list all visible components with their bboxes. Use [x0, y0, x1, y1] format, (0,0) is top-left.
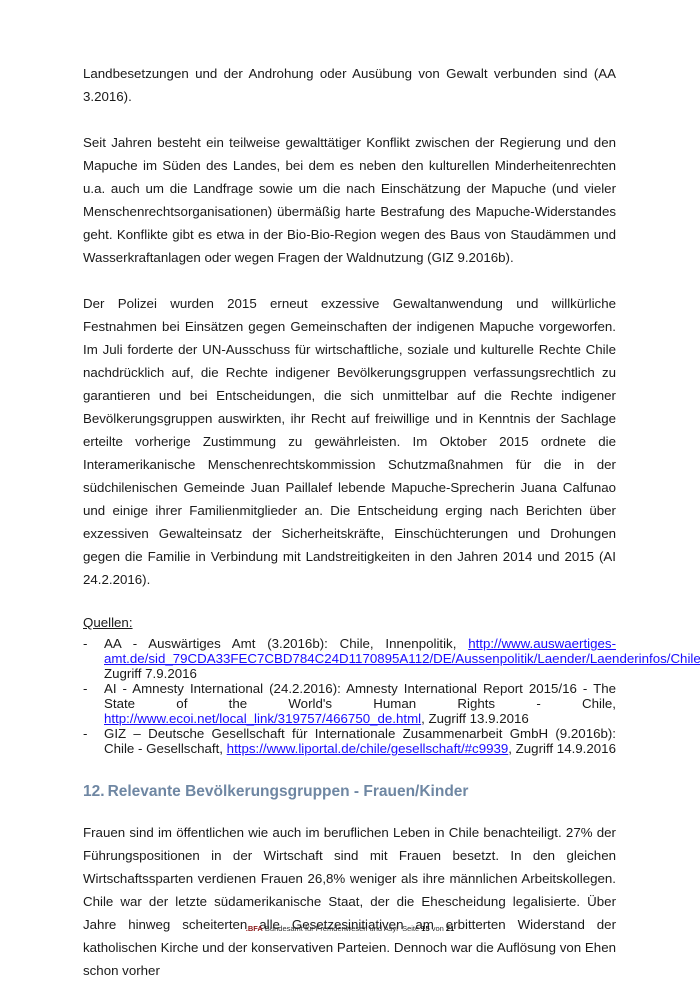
source-text: AA - Auswärtiges Amt (3.2016b): Chile, I… [104, 636, 468, 651]
footer-page-total: 21 [446, 924, 454, 933]
footer-page-label: Seite [402, 924, 419, 933]
source-text: AI - Amnesty International (24.2.2016): … [104, 681, 616, 711]
paragraph-police-violence: Der Polizei wurden 2015 erneut exzessive… [83, 292, 616, 591]
bullet-dash: - [83, 681, 87, 696]
footer-org: Bundesamt für Fremdenwesen und Asyl [265, 924, 398, 933]
source-item: - GIZ – Deutsche Gesellschaft für Intern… [83, 726, 616, 756]
paragraph-women: Frauen sind im öffentlichen wie auch im … [83, 821, 616, 982]
section-heading: 12.Relevante Bevölkerungsgruppen - Fraue… [83, 783, 616, 801]
footer-of-label: von [432, 924, 444, 933]
section-number: 12. [83, 783, 105, 800]
document-page: Landbesetzungen und der Androhung oder A… [83, 62, 616, 982]
bullet-dash: - [83, 726, 87, 741]
section-title: Relevante Bevölkerungsgruppen - Frauen/K… [108, 783, 469, 800]
paragraph-mapuche-conflict: Seit Jahren besteht ein teilweise gewalt… [83, 131, 616, 269]
sources-section: Quellen: - AA - Auswärtiges Amt (3.2016b… [83, 614, 616, 756]
source-access-date: , Zugriff 13.9.2016 [421, 711, 529, 726]
sources-list: - AA - Auswärtiges Amt (3.2016b): Chile,… [83, 636, 616, 756]
source-item: - AI - Amnesty International (24.2.2016)… [83, 681, 616, 726]
source-access-date: , Zugriff 14.9.2016 [508, 741, 616, 756]
source-link[interactable]: https://www.liportal.de/chile/gesellscha… [227, 741, 509, 756]
page-footer: .BFA Bundesamt für Fremdenwesen und Asyl… [0, 924, 700, 933]
source-item: - AA - Auswärtiges Amt (3.2016b): Chile,… [83, 636, 616, 681]
bullet-dash: - [83, 636, 87, 651]
source-link[interactable]: http://www.ecoi.net/local_link/319757/46… [104, 711, 421, 726]
footer-page-number: 15 [421, 924, 429, 933]
sources-title: Quellen: [83, 614, 616, 632]
bfa-logo: .BFA [246, 924, 263, 933]
paragraph-land-occupation: Landbesetzungen und der Androhung oder A… [83, 62, 616, 108]
